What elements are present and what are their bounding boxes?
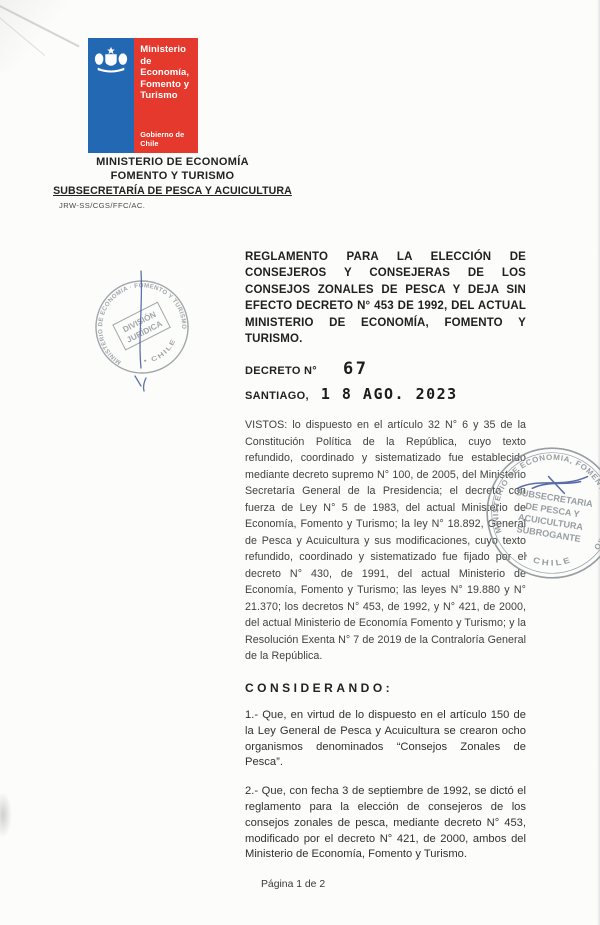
letterhead: MINISTERIO DE ECONOMÍA FOMENTO Y TURISMO… bbox=[35, 155, 310, 210]
considerando-item-1: 1.- Que, en virtud de lo dispuesto en el… bbox=[245, 708, 526, 771]
page-indicator: Página 1 de 2 bbox=[261, 879, 325, 890]
subsecretaria-pesca-stamp: MINISTERIO DE ECONOMIA, FOMENTO Y TURISM… bbox=[465, 426, 600, 600]
reference-code: JRW-SS/CGS/FFC/AC. bbox=[59, 201, 310, 210]
logo-red-panel: Ministerio de Economía, Fomento y Turism… bbox=[134, 38, 198, 153]
scanned-document-page: Ministerio de Economía, Fomento y Turism… bbox=[0, 0, 600, 925]
coat-of-arms-icon bbox=[92, 45, 130, 75]
considerando-item-2: 2.- Que, con fecha 3 de septiembre de 19… bbox=[245, 784, 526, 863]
logo-government-label: Gobierno de Chile bbox=[140, 130, 198, 148]
decree-number-line: DECRETO N° 67 bbox=[245, 359, 526, 379]
scan-smudge bbox=[0, 792, 12, 838]
letterhead-ministry: MINISTERIO DE ECONOMÍA bbox=[35, 155, 310, 169]
logo-ministry-name: Ministerio de Economía, Fomento y Turism… bbox=[134, 38, 198, 102]
letterhead-subsecretaria: SUBSECRETARÍA DE PESCA Y ACUICULTURA bbox=[35, 184, 310, 198]
svg-text:• CHILE •: • CHILE • bbox=[61, 257, 182, 389]
decree-title: REGLAMENTO PARA LA ELECCIÓN DE CONSEJERO… bbox=[245, 249, 526, 347]
pen-stroke bbox=[130, 268, 156, 396]
considerando-heading: CONSIDERANDO: bbox=[245, 681, 526, 695]
decree-number: 67 bbox=[343, 359, 368, 379]
decree-label: DECRETO N° bbox=[245, 365, 317, 377]
stamp-bottom-label: • CHILE • bbox=[61, 257, 182, 389]
ministry-logo: Ministerio de Economía, Fomento y Turism… bbox=[88, 38, 198, 153]
date-stamp: 1 8 AGO. 2023 bbox=[321, 385, 458, 403]
letterhead-ministry-2: FOMENTO Y TURISMO bbox=[35, 169, 310, 183]
logo-blue-panel bbox=[88, 38, 134, 153]
city-label: SANTIAGO, bbox=[245, 390, 309, 402]
city-date-line: SANTIAGO, 1 8 AGO. 2023 bbox=[245, 385, 526, 403]
